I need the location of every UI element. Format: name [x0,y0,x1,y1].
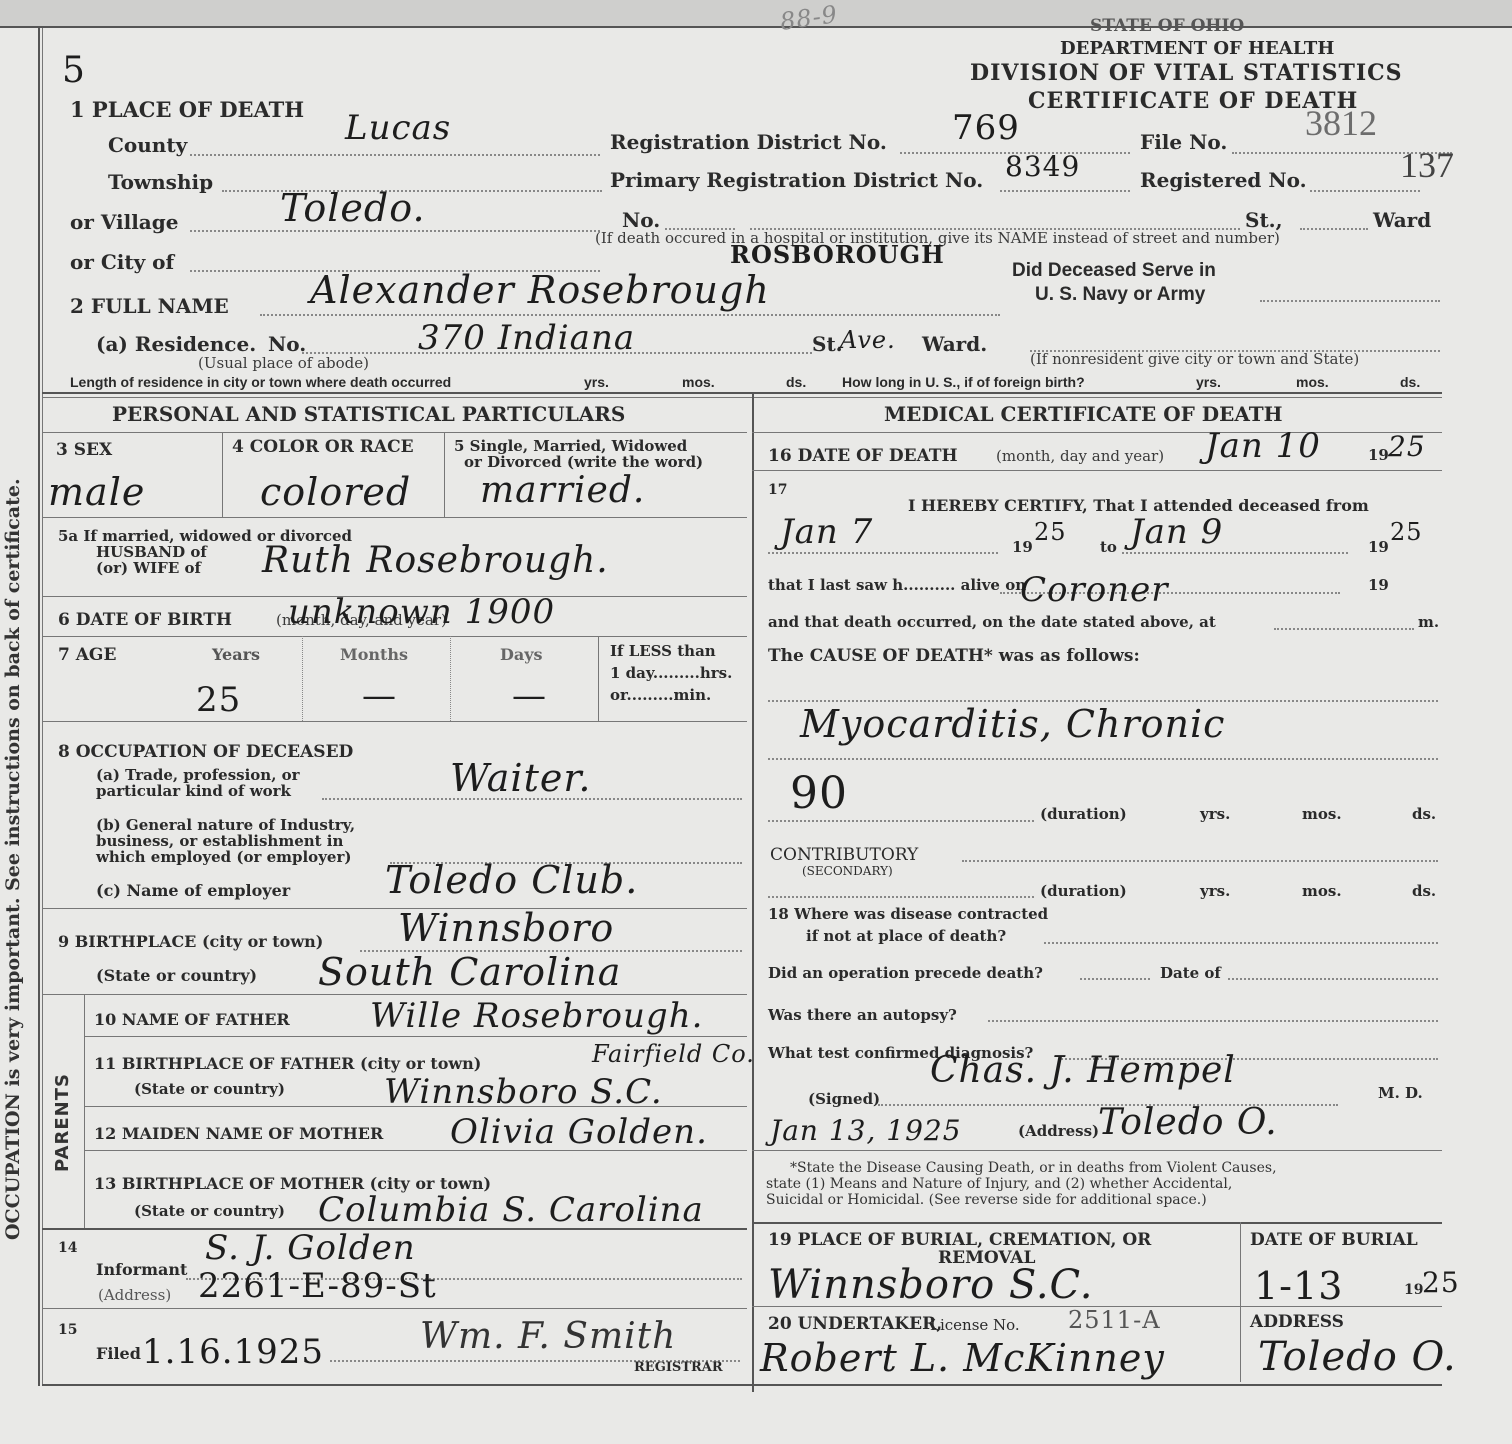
frame-left-rule [38,26,40,1386]
cause-value: Myocarditis, Chronic [800,702,1225,746]
age-years-value: 25 [196,680,241,720]
residence-value: 370 Indiana [418,318,635,358]
township-label: Township [108,170,213,194]
duration-label-1: (duration) [1040,805,1127,823]
county-line [190,154,600,156]
village-line [190,230,600,232]
age-divider-1 [302,636,304,721]
personal-rule-1 [42,432,747,433]
last-saw-year-prefix: 19 [1368,576,1389,594]
operation-line [1080,978,1150,980]
corner-mark: 5 [62,50,86,91]
reg-district-label: Registration District No. [610,130,887,154]
medical-section-title: MEDICAL CERTIFICATE OF DEATH [884,402,1283,426]
length-yrs-label: yrs. [584,374,609,390]
duration-label-2: (duration) [1040,882,1127,900]
race-marital-divider [444,432,445,517]
filed-date-value: 1.16.1925 [142,1332,324,1372]
burial-place-label-1: 19 PLACE OF BURIAL, CREMATION, OR [768,1230,1151,1250]
father-bp-label: 11 BIRTHPLACE OF FATHER (city or town) [94,1054,481,1073]
section-divider-top [42,392,1442,394]
file-no-value: 3812 [1305,102,1377,144]
registrar-signature: Wm. F. Smith [420,1316,676,1357]
date-of-line [1228,978,1438,980]
registered-no-value: 137 [1400,144,1454,186]
burial-date-value: 1-13 [1254,1264,1343,1308]
physician-address-value: Toledo O. [1098,1102,1278,1143]
mother-label: 12 MAIDEN NAME OF MOTHER [94,1124,383,1143]
duration-mos-2: mos. [1302,882,1342,900]
full-name-line [260,314,1000,316]
informant-rule [42,1308,747,1309]
father-label: 10 NAME OF FATHER [94,1010,290,1029]
burial-year-value: 25 [1422,1266,1460,1299]
section-divider-top-2 [42,397,1442,398]
last-saw-label: that I last saw h.......... alive on [768,576,1026,594]
dod-year-value: 25 [1388,430,1426,463]
dod-hint: (month, day and year) [996,447,1164,465]
industry-label-3: which employed (or employer) [96,848,351,866]
attended-from-year: 25 [1034,518,1067,546]
filed-label: Filed [96,1344,141,1363]
date-of-label: Date of [1160,964,1221,982]
dob-label: 6 DATE OF BIRTH [58,610,232,630]
parents-rule-2 [84,1106,747,1107]
personal-rule-2 [42,517,747,518]
father-bp-city-value: Fairfield Co. [592,1040,755,1068]
navy-label-2: U. S. Navy or Army [1035,284,1205,306]
undertaker-label: 20 UNDERTAKER, [768,1314,942,1334]
sex-race-divider [222,432,223,517]
dod-year-prefix: 19 [1368,446,1389,464]
mother-bp-value: Columbia S. Carolina [318,1190,704,1230]
attended-from-value: Jan 7 [780,512,873,552]
birthplace-label: 9 BIRTHPLACE (city or town) [58,932,323,951]
foreign-mos-label: mos. [1296,374,1329,390]
reg-district-value: 769 [952,108,1020,148]
footnote-1: *State the Disease Causing Death, or in … [790,1160,1277,1176]
length-residence-label: Length of residence in city or town wher… [70,374,451,390]
attended-from-year-prefix: 19 [1012,538,1033,556]
license-value: 2511-A [1068,1306,1161,1334]
physician-signature: Chas. J. Hempel [930,1050,1236,1091]
mother-state-label: (State or country) [134,1202,285,1220]
mother-value: Olivia Golden. [450,1112,708,1152]
frame-top-rule [0,26,1512,28]
undertaker-value: Robert L. McKinney [760,1336,1165,1380]
undertaker-address-label: ADDRESS [1250,1312,1344,1332]
birthplace-state-value: South Carolina [318,950,621,994]
bottom-rule [42,1384,1442,1386]
age-divider-3 [598,636,599,721]
residence-label: (a) Residence. [96,332,256,356]
autopsy-label: Was there an autopsy? [768,1006,957,1024]
contracted-label-1: 18 Where was disease contracted [768,905,1048,923]
full-name-value: Alexander Rosebrough [310,268,770,312]
occurred-label: and that death occurred, on the date sta… [768,613,1216,631]
less-label-3: or.........min. [610,686,711,704]
signed-label: (Signed) [808,1090,880,1108]
primary-reg-label: Primary Registration District No. [610,168,983,192]
sex-label: 3 SEX [56,440,112,460]
street-ward-label: Ward [1373,208,1431,232]
employer-value: Toledo Club. [385,858,638,902]
dod-label: 16 DATE OF DEATH [768,446,958,466]
years-label: Years [212,645,260,664]
residence-st-value: Ave. [840,326,896,354]
navy-line [1260,300,1440,302]
medical-rule-3 [752,1150,1442,1151]
operation-label: Did an operation precede death? [768,964,1043,982]
trade-value: Waiter. [450,756,591,800]
burial-place-value: Winnsboro S.C. [768,1262,1093,1308]
length-mos-label: mos. [682,374,715,390]
age-days-value: — [512,676,547,716]
dob-value: unknown 1900 [288,592,555,632]
father-state-label: (State or country) [134,1080,285,1098]
attended-from-line [768,552,998,554]
last-saw-value: Coroner [1020,570,1168,610]
full-name-label: 2 FULL NAME [70,294,229,318]
age-divider-2 [450,636,452,721]
birthplace-state-label: (State or country) [96,966,257,985]
cause-line-2 [768,758,1438,760]
occurred-line [1274,628,1414,630]
md-label: M. D. [1378,1084,1423,1102]
contracted-label-2: if not at place of death? [806,927,1006,945]
attended-to-value: Jan 9 [1130,512,1223,552]
header-state: STATE OF OHIO [1090,16,1244,36]
duration-line-1 [768,820,1034,822]
months-label: Months [340,645,408,664]
personal-rule-7 [42,994,747,995]
physician-address-label: (Address) [1018,1122,1099,1140]
footnote-3: Suicidal or Homicidal. (See reverse side… [766,1192,1207,1208]
duration-mos-1: mos. [1302,805,1342,823]
license-label: License No. [930,1316,1020,1334]
autopsy-line [988,1020,1438,1022]
residence-st-label: St. [812,332,843,356]
age-months-value: — [362,676,397,716]
cert-num: 17 [768,482,787,498]
primary-reg-value: 8349 [1005,150,1080,183]
burial-date-label: DATE OF BURIAL [1250,1230,1418,1250]
informant-address-label: (Address) [98,1286,171,1304]
county-label: County [108,133,187,157]
navy-label-1: Did Deceased Serve in [1012,260,1216,282]
registered-no-line [1310,190,1420,192]
attended-to-line [1122,552,1348,554]
employer-label: (c) Name of employer [96,881,290,900]
foreign-birth-label: How long in U. S., if of foreign birth? [842,374,1085,390]
nonresident-note: (If nonresident give city or town and St… [1030,350,1359,368]
column-divider [752,392,754,1392]
m-label: m. [1418,613,1439,631]
filed-num: 15 [58,1322,77,1338]
contracted-line [1044,942,1438,944]
header-division: DIVISION OF VITAL STATISTICS [970,60,1403,86]
race-label: 4 COLOR OR RACE [232,437,414,457]
contributory-line [962,860,1438,862]
marital-label-2: or Divorced (write the word) [464,453,703,471]
residence-no-label: No. [268,332,306,356]
header-department: DEPARTMENT OF HEALTH [1060,38,1334,59]
scan-top-edge [0,0,1512,28]
less-label-1: If LESS than [610,642,716,660]
medical-rule-1 [752,432,1442,433]
duration-line-2 [768,896,1034,898]
personal-section-title: PERSONAL AND STATISTICAL PARTICULARS [112,402,625,426]
attended-to-year-prefix: 19 [1368,538,1389,556]
foreign-ds-label: ds. [1400,374,1420,390]
days-label: Days [500,645,543,664]
burial-divider [1240,1222,1241,1382]
less-label-2: 1 day.........hrs. [610,664,732,682]
burial-year-prefix: 19 [1404,1282,1423,1298]
city-value: Toledo. [280,186,426,230]
parents-rule-1 [84,1036,747,1037]
informant-name-value: S. J. Golden [205,1228,416,1268]
duration-ds-2: ds. [1412,882,1436,900]
personal-rule-4 [42,636,747,637]
cause-code-value: 90 [790,768,848,819]
dod-value: Jan 10 [1205,426,1321,466]
secondary-label: (SECONDARY) [802,864,893,878]
footnote-2: state (1) Means and Nature of Injury, an… [766,1176,1232,1192]
registered-no-label: Registered No. [1140,168,1307,192]
trade-label-2: particular kind of work [96,782,291,800]
personal-rule-5 [42,721,747,722]
to-label: to [1100,538,1117,556]
father-value: Wille Rosebrough. [370,996,703,1036]
parents-rule-3 [84,1150,747,1151]
frame-left-rule-inner [42,26,43,1386]
informant-num: 14 [58,1240,77,1256]
sex-value: male [48,470,145,514]
marital-value: married. [480,470,645,511]
signed-date-value: Jan 13, 1925 [770,1114,962,1147]
primary-reg-line [1000,190,1130,192]
birthplace-city-value: Winnsboro [398,906,614,950]
length-ds-label: ds. [786,374,806,390]
registrar-label: REGISTRAR [634,1360,723,1375]
side-instruction-note: OCCUPATION is very important. See instru… [2,478,24,1240]
spouse-value: Ruth Rosebrough. [262,540,609,581]
spouse-label-3: (or) WIFE of [96,559,201,577]
personal-rule-6 [42,908,747,909]
duration-ds-1: ds. [1412,805,1436,823]
contributory-label: CONTRIBUTORY [770,845,918,865]
parents-side-label: PARENTS [52,1073,73,1172]
medical-rule-2 [752,470,1442,471]
informant-label: Informant [96,1260,187,1279]
occupation-label: 8 OCCUPATION OF DECEASED [58,742,353,762]
cause-label: The CAUSE OF DEATH* was as follows: [768,646,1140,666]
age-label: 7 AGE [58,645,116,665]
foreign-yrs-label: yrs. [1196,374,1221,390]
place-of-death-label: 1 PLACE OF DEATH [70,97,304,122]
informant-address-value: 2261-E-89-St [198,1266,437,1306]
street-ward-line [1300,228,1368,230]
parents-divider [84,994,85,1229]
county-value: Lucas [345,108,451,148]
abode-note: (Usual place of abode) [198,354,369,372]
attended-to-year: 25 [1390,518,1423,546]
duration-yrs-1: yrs. [1200,805,1230,823]
village-label: or Village [70,210,178,234]
undertaker-address-value: Toledo O. [1258,1334,1457,1380]
surname-correction: ROSBOROUGH [730,240,945,269]
medical-rule-bottom [752,1222,1442,1224]
file-no-label: File No. [1140,130,1227,154]
residence-ward-label: Ward. [922,332,987,356]
race-value: colored [260,470,411,514]
city-label: or City of [70,250,174,274]
duration-yrs-2: yrs. [1200,882,1230,900]
